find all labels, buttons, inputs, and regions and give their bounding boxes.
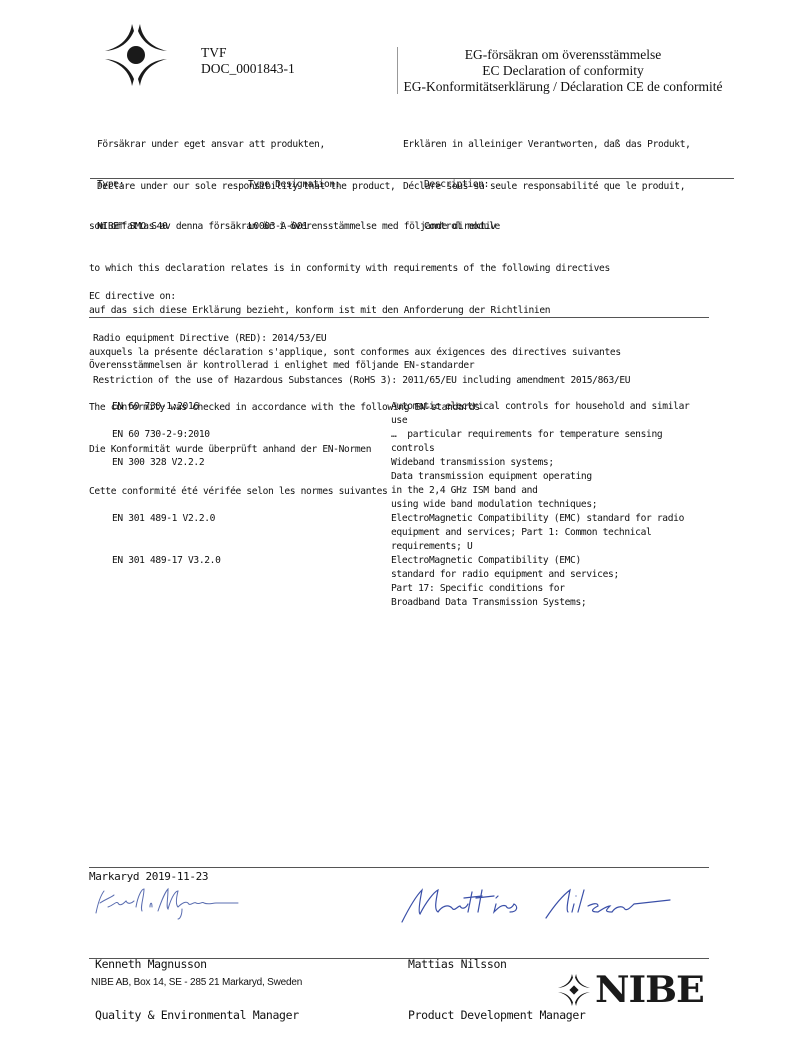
standard-code: EN 300 328 V2.2.2 <box>112 456 391 512</box>
description-line: ElectroMagnetic Compatibility (EMC) stan… <box>391 512 684 526</box>
divider <box>90 178 734 179</box>
description-line: Wideband transmission systems; <box>391 456 597 470</box>
standard-code: EN 301 489-17 V3.2.0 <box>112 554 391 610</box>
description-line: … particular requirements for temperatur… <box>391 428 662 442</box>
nibe-star-icon <box>103 22 169 88</box>
description-line: standard for radio equipment and service… <box>391 568 619 582</box>
intro-line: Överensstämmelsen är kontrollerad i enli… <box>89 359 480 373</box>
standard-description: … particular requirements for temperatur… <box>391 428 662 456</box>
divider <box>89 317 709 318</box>
table-row: EN 300 328 V2.2.2Wideband transmission s… <box>112 456 689 512</box>
description-line: Automatic electrical controls for househ… <box>391 400 689 414</box>
standard-code: EN 60 730-1:2016 <box>112 400 391 428</box>
place-date: Markaryd 2019-11-23 <box>89 870 208 884</box>
description-line: Part 17: Specific conditions for <box>391 582 619 596</box>
standard-code: EN 301 489-1 V2.2.0 <box>112 512 391 554</box>
header-logo <box>103 22 169 88</box>
title-sv: EG-försäkran om överensstämmelse <box>398 47 728 63</box>
company-address: NIBE AB, Box 14, SE - 285 21 Markaryd, S… <box>91 977 302 988</box>
table-row: EN 60 730-2-9:2010… particular requireme… <box>112 428 689 456</box>
document-title: EG-försäkran om överensstämmelse EC Decl… <box>398 47 728 95</box>
description-line: equipment and services; Part 1: Common t… <box>391 526 684 540</box>
standards-table: EN 60 730-1:2016Automatic electrical con… <box>112 400 689 610</box>
intro-line: som omfattas av denna försäkran är i öve… <box>89 220 621 234</box>
title-de-fr: EG-Konformitätserklärung / Déclaration C… <box>398 79 728 95</box>
title-en: EC Declaration of conformity <box>398 63 728 79</box>
designation-label: Type Designation: <box>248 178 340 192</box>
signature-mattias <box>398 884 678 924</box>
nibe-star-icon <box>557 973 591 1007</box>
doc-type: TVF <box>201 45 295 61</box>
description-line: Broadband Data Transmission Systems; <box>391 596 619 610</box>
table-row: EN 60 730-1:2016Automatic electrical con… <box>112 400 689 428</box>
description-line: use <box>391 414 689 428</box>
description-line: requirements; U <box>391 540 684 554</box>
type-label: Type: <box>97 178 168 192</box>
divider <box>89 958 709 959</box>
divider <box>89 867 709 868</box>
description-line: controls <box>391 442 662 456</box>
description-line: ElectroMagnetic Compatibility (EMC) <box>391 554 619 568</box>
signatory-title: Quality & Environmental Manager <box>95 1007 299 1024</box>
standard-code: EN 60 730-2-9:2010 <box>112 428 391 456</box>
description-line: using wide band modulation techniques; <box>391 498 597 512</box>
standard-description: ElectroMagnetic Compatibility (EMC) stan… <box>391 512 684 554</box>
standard-description: Automatic electrical controls for househ… <box>391 400 689 428</box>
table-row: EN 301 489-1 V2.2.0ElectroMagnetic Compa… <box>112 512 689 554</box>
description-label: Description: <box>424 178 500 192</box>
doc-number: DOC_0001843-1 <box>201 61 295 77</box>
signatory-title: Product Development Manager <box>408 1007 586 1024</box>
description-line: in the 2,4 GHz ISM band and <box>391 484 597 498</box>
standard-description: Wideband transmission systems;Data trans… <box>391 456 597 512</box>
table-row: EN 301 489-17 V3.2.0ElectroMagnetic Comp… <box>112 554 689 610</box>
standard-description: ElectroMagnetic Compatibility (EMC)stand… <box>391 554 619 610</box>
ec-directive-label: EC directive on: <box>89 290 630 304</box>
description-line: Data transmission equipment operating <box>391 470 597 484</box>
footer-logo: NIBE <box>557 972 699 1008</box>
signature-kenneth <box>92 885 242 920</box>
brand-wordmark: NIBE <box>595 972 704 1008</box>
